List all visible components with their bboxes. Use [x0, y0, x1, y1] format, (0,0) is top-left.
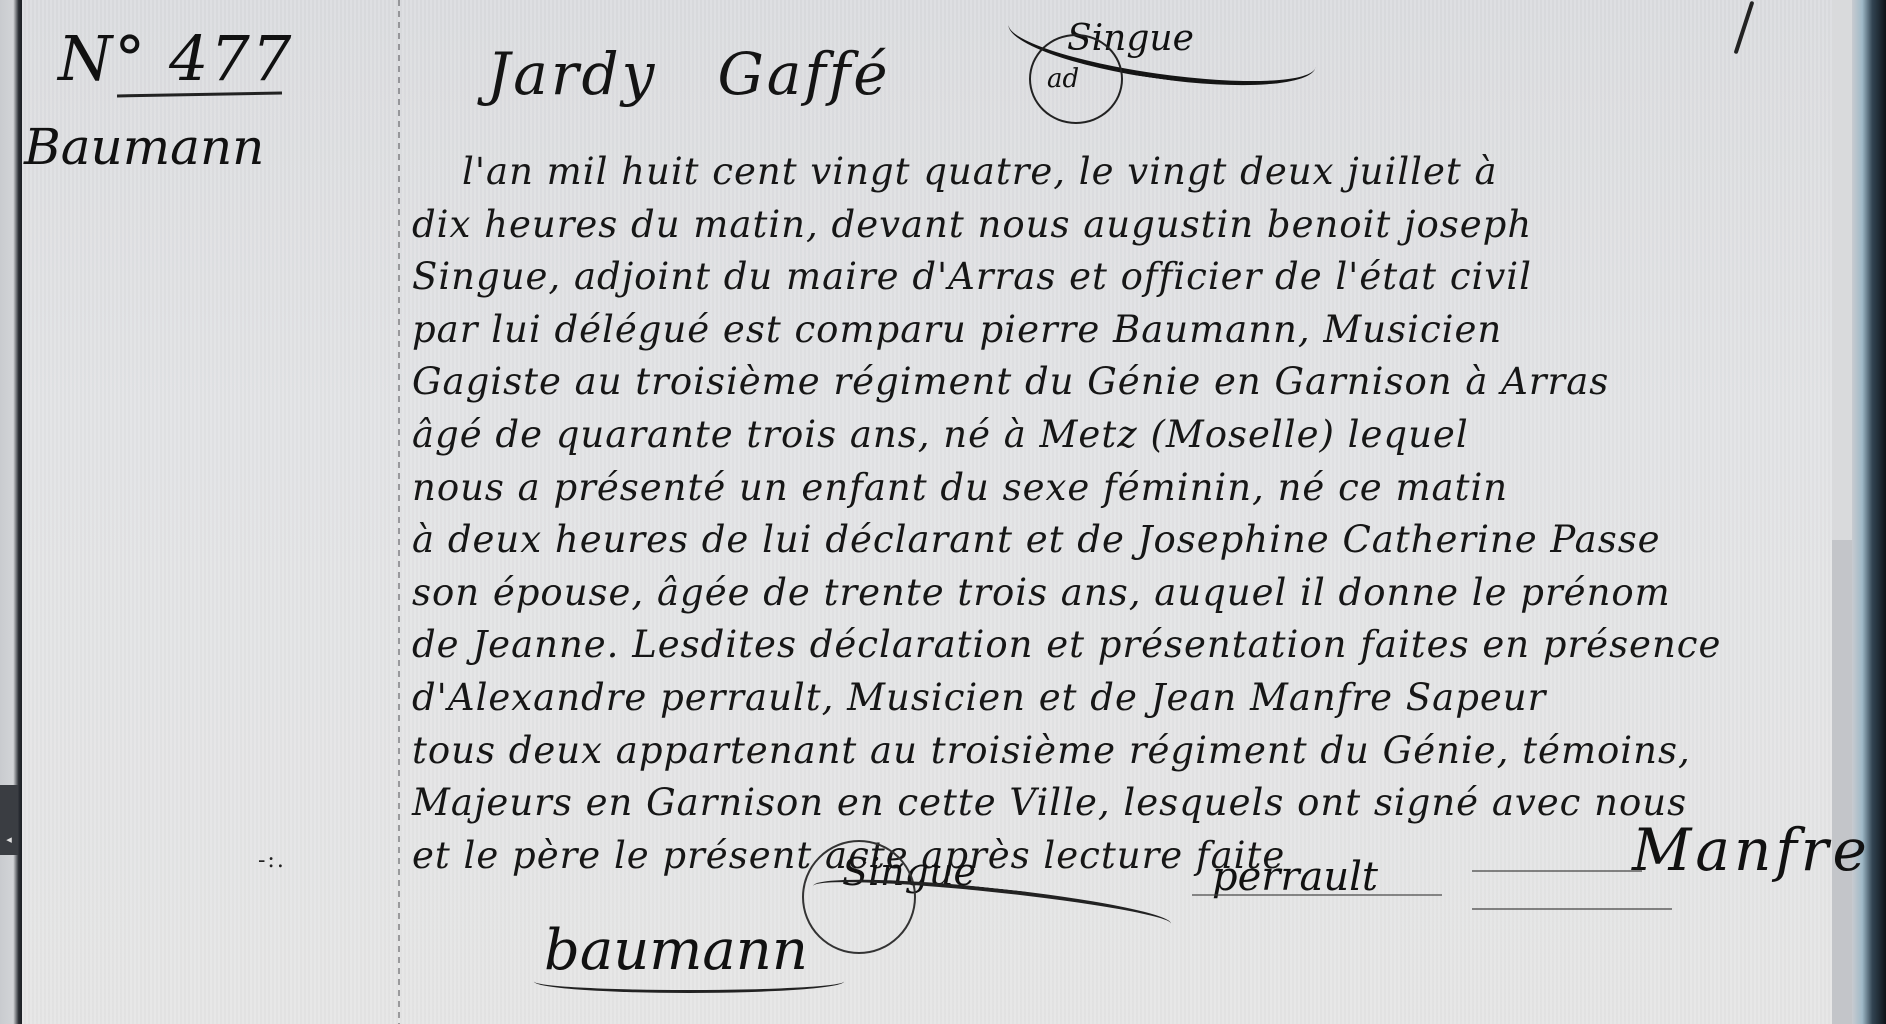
header-annotations: Jardy Gaffé — [487, 40, 891, 108]
text-line: l'an mil huit cent vingt quatre, le ving… — [412, 150, 1882, 203]
ink-rule — [1472, 908, 1672, 910]
signature-officer-name: Singue — [842, 850, 976, 894]
text-line: de Jeanne. Lesdites déclaration et prése… — [412, 623, 1882, 676]
signature-witness-1: perrault — [1212, 854, 1378, 900]
text-line: à deux heures de lui déclarant et de Jos… — [412, 518, 1882, 571]
signature-father: baumann — [544, 918, 808, 983]
margin-ink-marks: -:. — [258, 848, 286, 873]
text-line: par lui délégué est comparu pierre Bauma… — [412, 308, 1882, 361]
ink-rule — [1472, 870, 1642, 872]
signature-officer: Singue — [842, 850, 976, 894]
text-line: âgé de quarante trois ans, né à Metz (Mo… — [412, 413, 1882, 466]
ink-flourish — [1734, 1, 1755, 55]
text-line: Singue, adjoint du maire d'Arras et offi… — [412, 255, 1882, 308]
text-line: d'Alexandre perrault, Musicien et de Jea… — [412, 676, 1882, 729]
signature-block: baumann Singue perrault Manfre — [522, 830, 1886, 1020]
header-signature: ad Singue — [1007, 8, 1234, 77]
side-panel-collapse-arrow-icon[interactable]: ◂ — [0, 785, 18, 855]
header-signature-suffix: ad — [1047, 64, 1079, 94]
act-number: N° 477 — [58, 22, 293, 95]
text-line: Gagiste au troisième régiment du Génie e… — [412, 360, 1882, 413]
text-line: dix heures du matin, devant nous augusti… — [412, 203, 1882, 256]
text-line: son épouse, âgée de trente trois ans, au… — [412, 571, 1882, 624]
act-body: l'an mil huit cent vingt quatre, le ving… — [412, 150, 1882, 886]
signature-witness-2: Manfre — [1632, 816, 1871, 884]
margin-rule — [398, 0, 400, 1024]
header-name-2: Gaffé — [717, 40, 890, 108]
header-name-1: Jardy — [487, 40, 657, 108]
margin-surname: Baumann — [24, 118, 264, 176]
text-line: nous a présenté un enfant du sexe fémini… — [412, 466, 1882, 519]
document-page: N° 477 Baumann -:. Jardy Gaffé ad Singue… — [22, 0, 1832, 1024]
text-line: tous deux appartenant au troisième régim… — [412, 729, 1882, 782]
monitor-left-bezel — [0, 0, 22, 1024]
